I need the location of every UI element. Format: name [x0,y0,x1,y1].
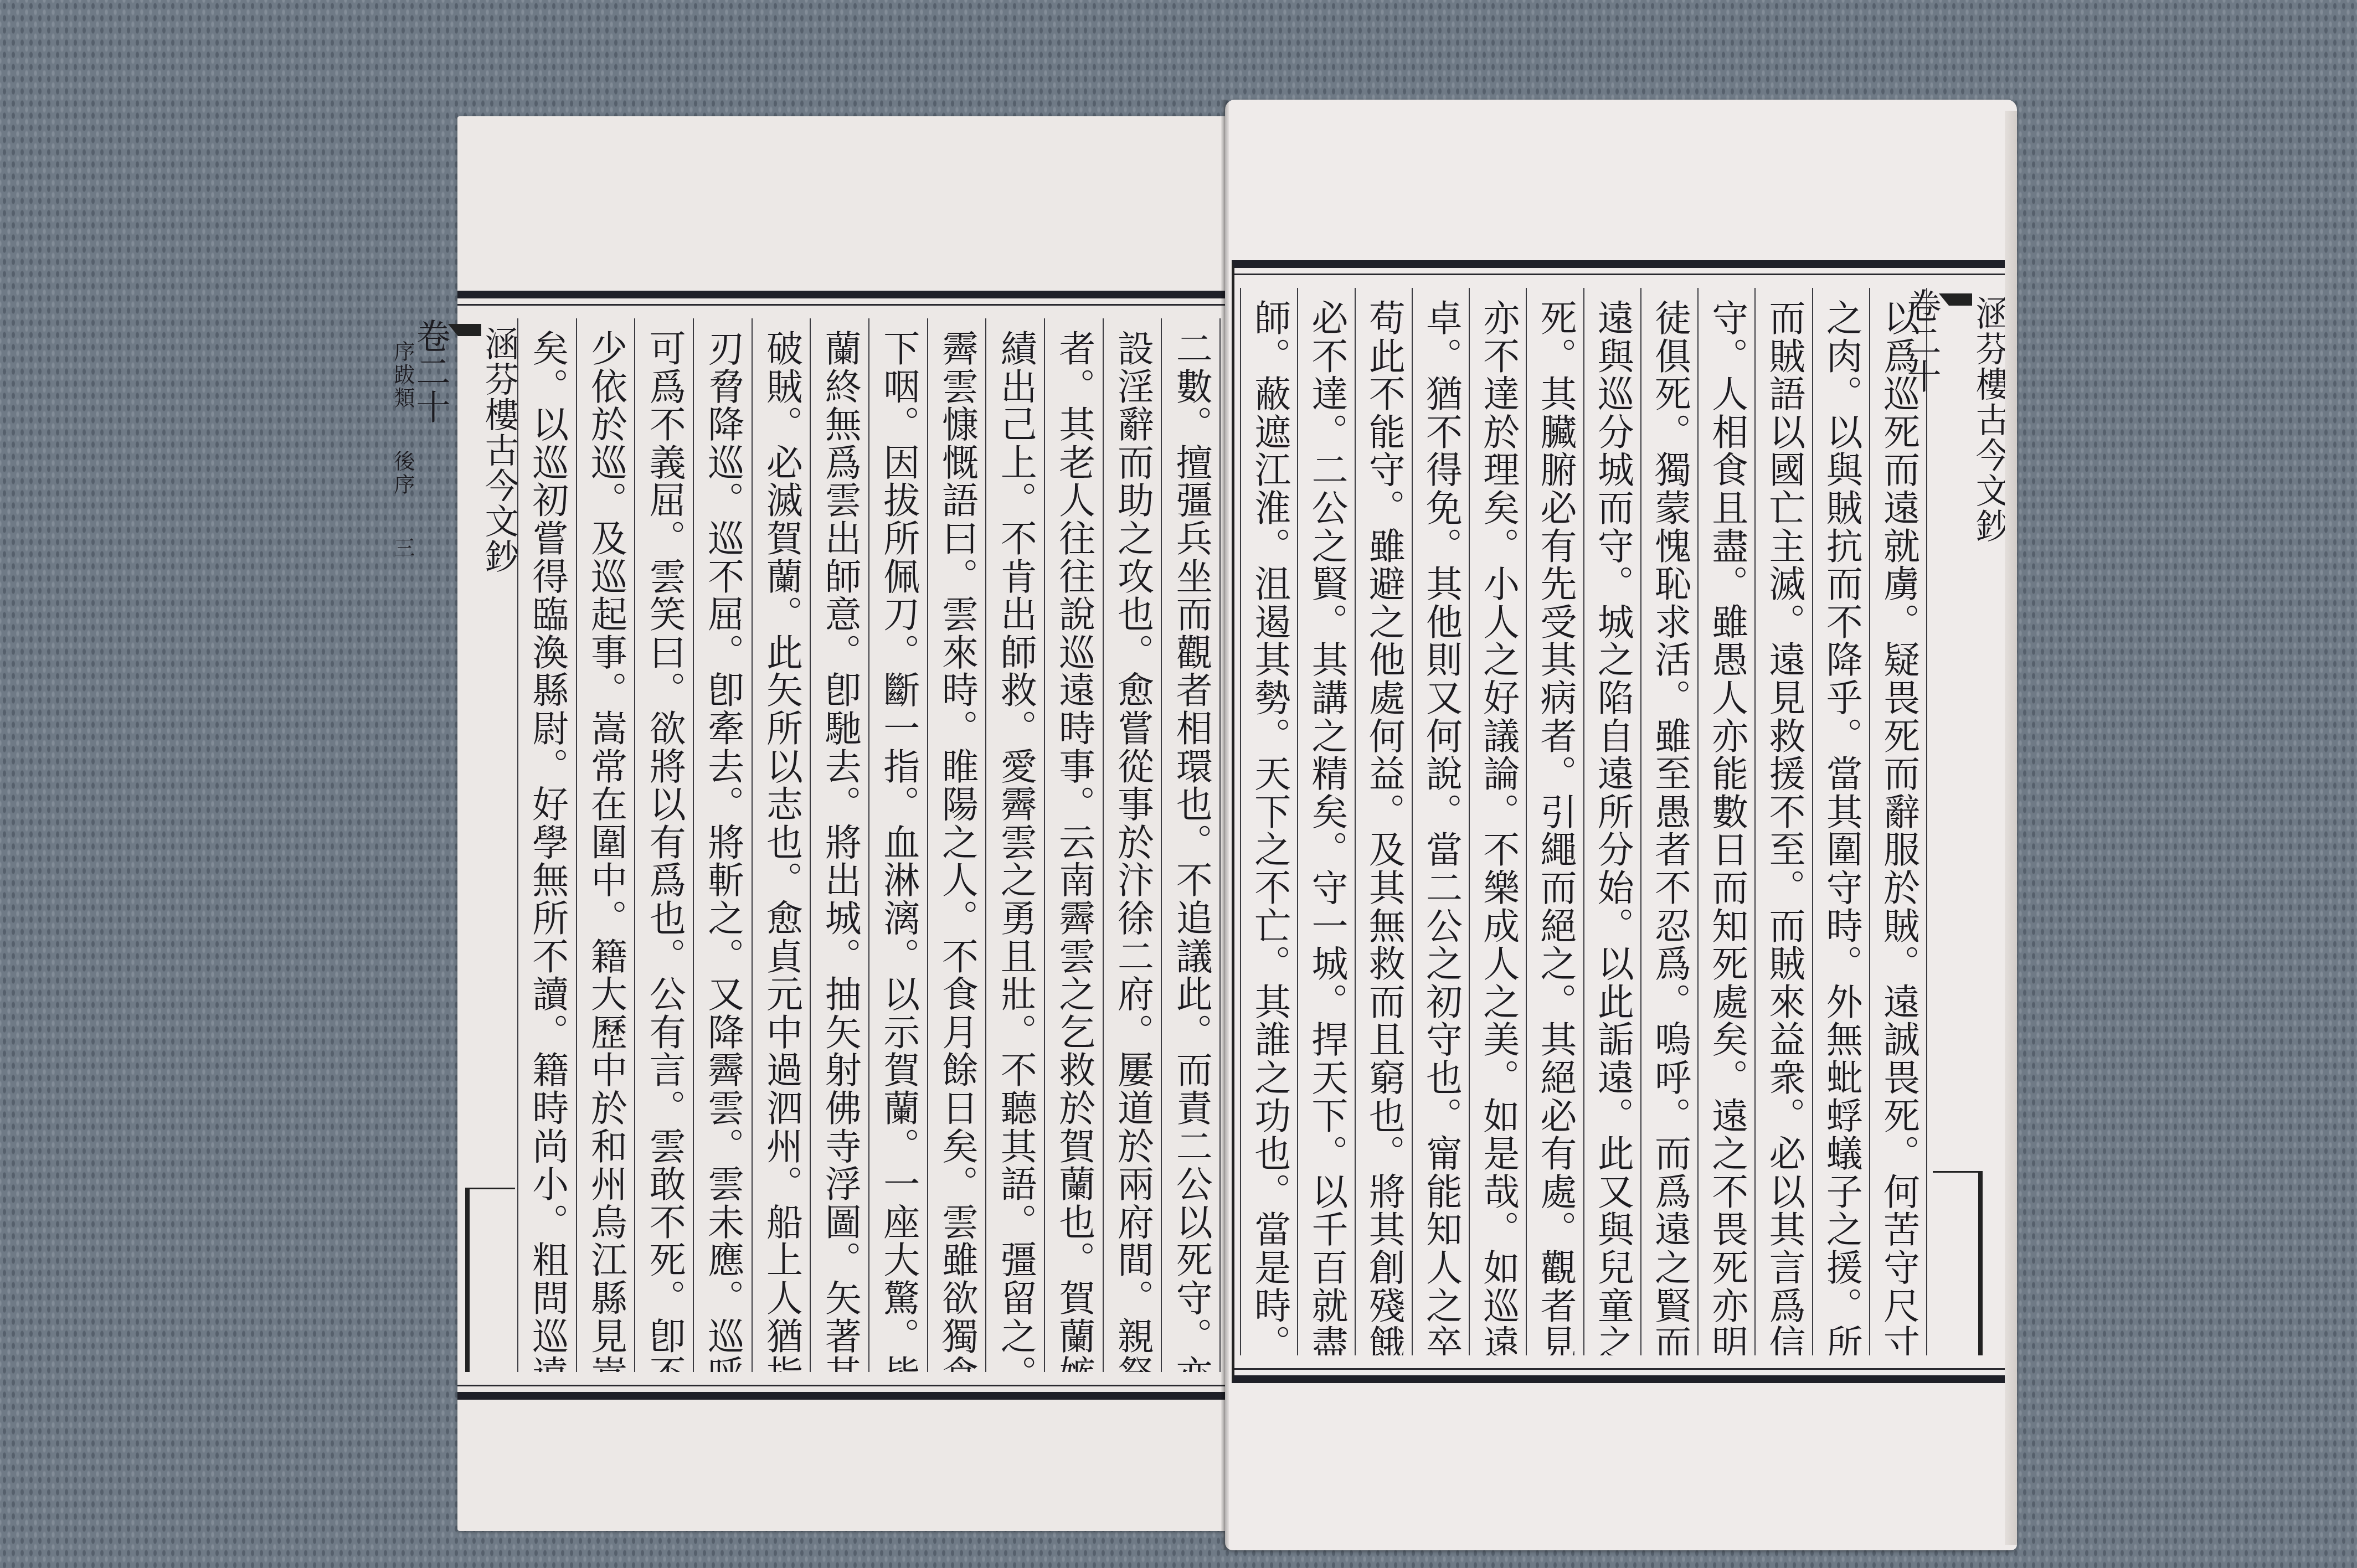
text-column: 可爲不義屈。雲笑曰。欲將以有爲也。公有言。雲敢不死。卽不屈。張籍曰。有于嵩者。 [634,318,693,1372]
left-page-columns: 二數。擅彊兵坐而觀者相環也。不追議此。而責二公以死守。亦見其自比於逆亂。 設淫辭… [517,318,1221,1372]
text-column: 徒俱死。獨蒙愧恥求活。雖至愚者不忍爲。嗚呼。而爲遠之賢而爲之耶。說者又謂 [1640,288,1697,1355]
right-page: 以爲巡死而遠就虜。疑畏死而辭服於賊。遠誠畏死。何苦守尺寸之地。食其所愛 之肉。以… [1225,100,2017,1550]
section-labels: 序跋類 後序 三 [385,341,413,1372]
text-column: 二數。擅彊兵坐而觀者相環也。不追議此。而責二公以死守。亦見其自比於逆亂。 [1161,318,1221,1372]
text-column: 師。蔽遮江淮。沮遏其勢。天下之不亡。其誰之功也。當是時。棄城而圖存者。不可一 [1240,288,1297,1355]
left-page: 涵芬樓古今文鈔 卷二十 序跋類 後序 三 二數。擅彊兵坐而觀者相環也。不追議此。… [457,116,1225,1531]
page-stack-edge [2005,111,2017,1545]
text-column: 刃脅降巡。巡不屈。卽牽去。將斬之。又降霽雲。雲未應。巡呼雲曰。南八。男兒死耳。不 [693,318,752,1372]
banxin-rule-vertical [465,1189,470,1372]
text-column: 而賊語以國亡主滅。遠見救援不至。而賊來益衆。必以其言爲信。外無待而猶死 [1754,288,1812,1355]
text-column: 卓。猶不得免。其他則又何說。當二公之初守也。甯能知人之卒不救。棄城而逆遁。 [1412,288,1469,1355]
text-column: 者。其老人往往說巡遠時事。云南霽雲之乞救於賀蘭也。賀蘭嫉巡遠之聲威功 [1044,318,1103,1372]
left-page-text-frame: 涵芬樓古今文鈔 卷二十 序跋類 後序 三 二數。擅彊兵坐而觀者相環也。不追議此。… [457,291,1225,1400]
right-page-columns: 以爲巡死而遠就虜。疑畏死而辭服於賊。遠誠畏死。何苦守尺寸之地。食其所愛 之肉。以… [1240,288,1927,1355]
text-column: 死。其臟腑必有先受其病者。引繩而絕之。其絕必有處。觀者見其然。從而尤之。其 [1526,288,1583,1355]
volume-label: 卷二十 [413,318,447,1372]
text-column: 之肉。以與賊抗而不降乎。當其圍守時。外無蚍蜉蟻子之援。所欲忠者國與主耳。 [1812,288,1869,1355]
text-column: 守。人相食且盡。雖愚人亦能數日而知死處矣。遠之不畏死亦明矣。烏有城壞。其 [1697,288,1754,1355]
text-column: 設淫辭而助之攻也。愈嘗從事於汴徐二府。屢道於兩府間。親祭於其所謂雙廟 [1103,318,1161,1372]
book-title: 涵芬樓古今文鈔 [482,318,516,1372]
banxin-rule-horizontal [465,1188,515,1189]
right-page-banxin: 涵芬樓古今文鈔 卷二十 [1929,288,2007,1355]
section-label: 序跋類 [390,341,415,410]
text-column: 矣。以巡初嘗得臨渙縣尉。好學無所不讀。籍時尚小。粗問巡遠事。不能細也。云巡 [517,318,576,1372]
text-column: 蘭終無爲雲出師意。卽馳去。將出城。抽矢射佛寺浮圖。矢著其上甎半箭。曰。吾歸 [810,318,868,1372]
text-column: 破賊。必滅賀蘭。此矢所以志也。愈貞元中過泗州。船上人猶指以相語。城陷。賊以 [752,318,810,1372]
volume-label: 卷二十 [1904,288,1938,1355]
banxin-rule-horizontal [1933,1171,1983,1173]
subsection-label: 後序 [390,450,415,497]
text-column: 下咽。因拔所佩刀。斷一指。血淋漓。以示賀蘭。一座大驚。皆感激爲雲泣下。雲知賀 [868,318,927,1372]
text-column: 少依於巡。及巡起事。嵩常在圍中。籍大歷中於和州烏江縣見嵩。嵩時年六十餘 [576,318,635,1372]
text-column: 遠與巡分城而守。城之陷自遠所分始。以此詬遠。此又與兒童之見無異。人之將 [1583,288,1640,1355]
page-number: 三 [390,537,415,560]
right-page-text-frame: 以爲巡死而遠就虜。疑畏死而辭服於賊。遠誠畏死。何苦守尺寸之地。食其所愛 之肉。以… [1232,260,2010,1383]
text-column: 績出己上。不肯出師救。愛霽雲之勇且壯。不聽其語。彊留之。具食與樂。延霽雲坐。 [985,318,1044,1372]
text-column: 苟此不能守。雖避之他處何益。及其無救而且窮也。將其創殘餓羸之餘。雖欲去 [1355,288,1412,1355]
fishtail-mark-icon [1939,293,1972,306]
left-page-banxin: 涵芬樓古今文鈔 卷二十 序跋類 後序 三 [461,318,516,1372]
text-column: 必不達。二公之賢。其講之精矣。守一城。捍天下。以千百就盡之卒。戰百萬日滋之 [1297,288,1354,1355]
text-column: 亦不達於理矣。小人之好議論。不樂成人之美。如是哉。如巡遠之所成就。如此卓 [1469,288,1526,1355]
fishtail-mark-icon [448,324,481,336]
text-column: 霽雲慷慨語曰。雲來時。睢陽之人。不食月餘日矣。雲雖欲獨食。義不忍。雖食且不 [927,318,986,1372]
book-gutter [1221,100,1229,1550]
banxin-rule-vertical [1978,1173,1983,1355]
